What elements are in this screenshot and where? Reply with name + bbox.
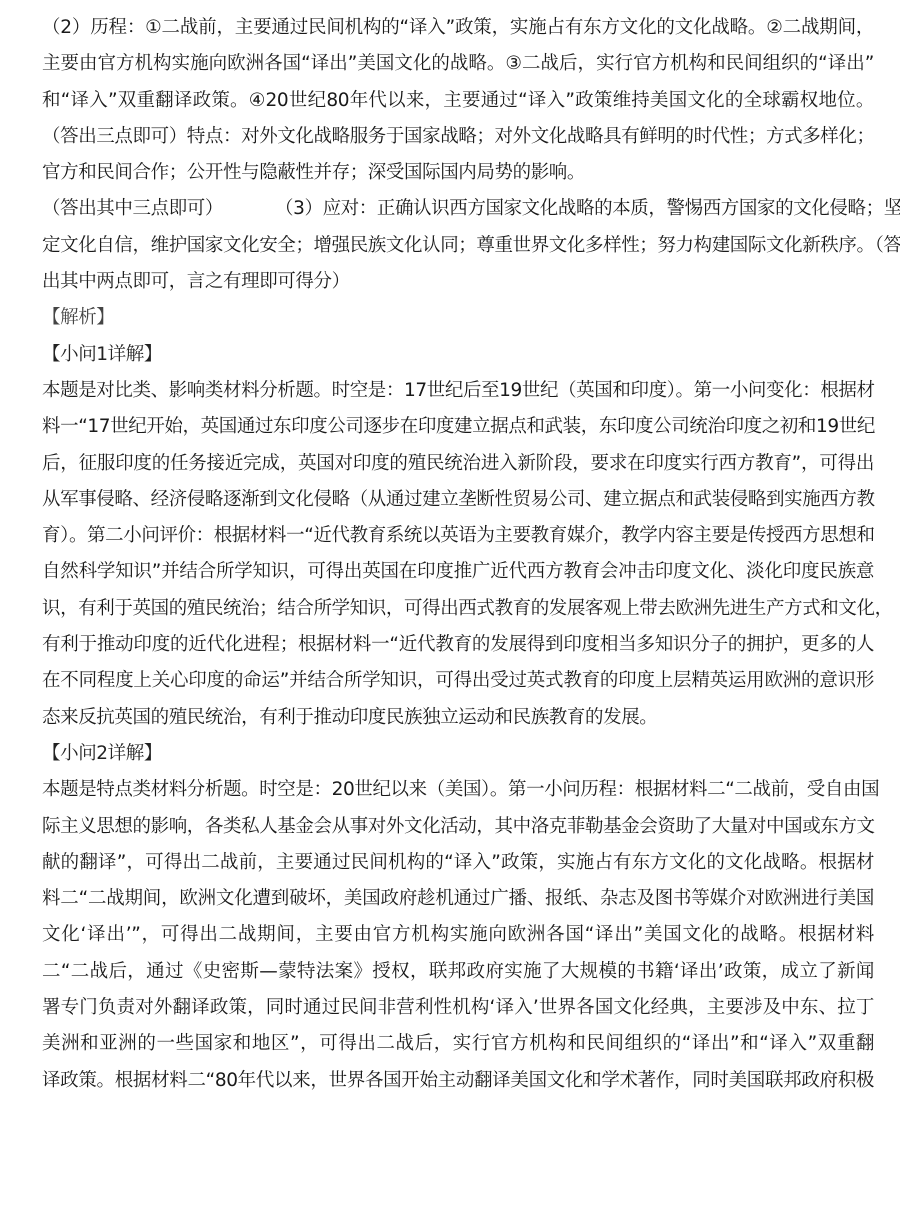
answer-note: （答出其中三点即可） xyxy=(42,198,223,219)
text-line: 定文化自信，维护国家文化安全；增强民族文化认同；尊重世界文化多样性；努力构建国际… xyxy=(42,228,874,264)
text-line: 主要由官方机构实施向欧洲各国“译出”美国文化的战略。③二战后，实行官方机构和民间… xyxy=(42,46,874,82)
text-line: 在不同程度上关心印度的命运”并结合所学知识，可得出受过英式教育的印度上层精英运用… xyxy=(42,663,874,699)
analysis-heading: 【解析】 xyxy=(42,300,874,336)
text-line: 态来反抗英国的殖民统治，有利于推动印度民族独立运动和民族教育的发展。 xyxy=(42,700,874,736)
answer-part-3: （答出其中三点即可）（3）应对：正确认识西方国家文化战略的本质，警惕西方国家的文… xyxy=(42,191,874,300)
text-line: 料二“二战期间，欧洲文化遭到破坏，美国政府趁机通过广播、报纸、杂志及图书等媒介对… xyxy=(42,881,874,917)
text-line: 从军事侵略、经济侵略逐渐到文化侵略（从通过建立垄断性贸易公司、建立据点和武装侵略… xyxy=(42,482,874,518)
text-line: 署专门负责对外翻译政策，同时通过民间非营利性机构‘译入’世界各国文化经典，主要涉… xyxy=(42,990,874,1026)
text-line: （答出三点即可）特点：对外文化战略服务于国家战略；对外文化战略具有鲜明的时代性；… xyxy=(42,119,874,155)
q1-section: 【小问1详解】 本题是对比类、影响类材料分析题。时空是：17世纪后至19世纪（英… xyxy=(42,337,874,736)
text-line: 有利于推动印度的近代化进程；根据材料一“近代教育的发展得到印度相当多知识分子的拥… xyxy=(42,627,874,663)
text-line: 译政策。根据材料二“80年代以来，世界各国开始主动翻译美国文化和学术著作，同时美… xyxy=(42,1063,874,1099)
text-line: （2）历程：①二战前，主要通过民间机构的“译入”政策，实施占有东方文化的文化战略… xyxy=(42,10,874,46)
text-line: 献的翻译”，可得出二战前，主要通过民间机构的“译入”政策，实施占有东方文化的文化… xyxy=(42,845,874,881)
text-line: 自然科学知识”并结合所学知识，可得出英国在印度推广近代西方教育会冲击印度文化、淡… xyxy=(42,554,874,590)
text-line: 出其中两点即可，言之有理即可得分） xyxy=(42,264,874,300)
text-line: 和“译入”双重翻译政策。④20世纪80年代以来，主要通过“译入”政策维持美国文化… xyxy=(42,83,874,119)
q2-heading: 【小问2详解】 xyxy=(42,736,874,772)
text-line: 际主义思想的影响，各类私人基金会从事对外文化活动，其中洛克菲勒基金会资助了大量对… xyxy=(42,809,874,845)
text-line: 料一“17世纪开始，英国通过东印度公司逐步在印度建立据点和武装，东印度公司统治印… xyxy=(42,409,874,445)
text-line: 本题是特点类材料分析题。时空是：20世纪以来（美国）。第一小问历程：根据材料二“… xyxy=(42,772,874,808)
text-line: 识，有利于英国的殖民统治；结合所学知识，可得出西式教育的发展客观上带去欧洲先进生… xyxy=(42,591,874,627)
text-line: 育）。第二小问评价：根据材料一“近代教育系统以英语为主要教育媒介，教学内容主要是… xyxy=(42,518,874,554)
q1-heading: 【小问1详解】 xyxy=(42,337,874,373)
text-line: 后，征服印度的任务接近完成，英国对印度的殖民统治进入新阶段，要求在印度实行西方教… xyxy=(42,446,874,482)
text-line: 二“二战后，通过《史密斯—蒙特法案》授权，联邦政府实施了大规模的书籍‘译出’政策… xyxy=(42,954,874,990)
text-line: （答出其中三点即可）（3）应对：正确认识西方国家文化战略的本质，警惕西方国家的文… xyxy=(42,191,874,227)
answer-part-2: （2）历程：①二战前，主要通过民间机构的“译入”政策，实施占有东方文化的文化战略… xyxy=(42,10,874,191)
text-line: 官方和民间合作；公开性与隐蔽性并存；深受国际国内局势的影响。 xyxy=(42,155,874,191)
document-page: （2）历程：①二战前，主要通过民间机构的“译入”政策，实施占有东方文化的文化战略… xyxy=(42,10,874,1099)
q2-section: 【小问2详解】 本题是特点类材料分析题。时空是：20世纪以来（美国）。第一小问历… xyxy=(42,736,874,1099)
answer-part-3-start: （3）应对：正确认识西方国家文化战略的本质，警惕西方国家的文化侵略；坚 xyxy=(275,198,900,219)
text-line: 美洲和亚洲的一些国家和地区”，可得出二战后，实行官方机构和民间组织的“译出”和“… xyxy=(42,1026,874,1062)
text-line: 本题是对比类、影响类材料分析题。时空是：17世纪后至19世纪（英国和印度）。第一… xyxy=(42,373,874,409)
text-line: 文化‘译出’”，可得出二战期间，主要由官方机构实施向欧洲各国“译出”美国文化的战… xyxy=(42,917,874,953)
